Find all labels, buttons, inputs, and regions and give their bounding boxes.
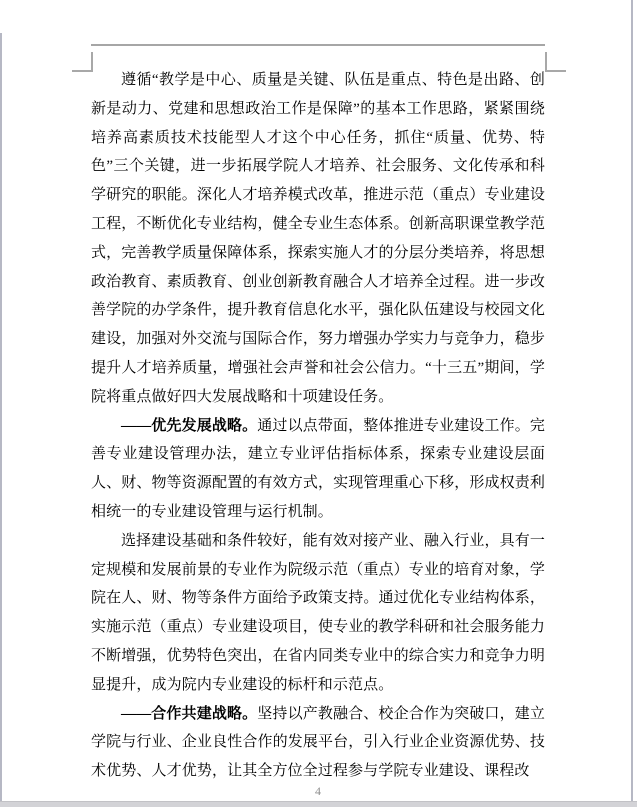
document-text-area[interactable]: 遵循“教学是中心、质量是关键、队伍是重点、特色是出路、创新是动力、党建和思想政治… <box>91 66 545 786</box>
paragraph: 遵循“教学是中心、质量是关键、队伍是重点、特色是出路、创新是动力、党建和思想政治… <box>91 66 545 412</box>
crop-mark-top-right <box>545 52 566 72</box>
document-page: 遵循“教学是中心、质量是关键、队伍是重点、特色是出路、创新是动力、党建和思想政治… <box>0 0 637 807</box>
paragraph: 选择建设基础和条件较好，能有效对接产业、融入行业，具有一定规模和发展前景的专业作… <box>91 527 545 700</box>
paragraph-text: 遵循“教学是中心、质量是关键、队伍是重点、特色是出路、创新是动力、党建和思想政治… <box>91 72 545 405</box>
paragraph: ——优先发展战略。通过以点带面，整体推进专业建设工作。完善专业建设管理办法，建立… <box>91 412 545 527</box>
crop-mark-top-left <box>72 52 93 72</box>
page-number: 4 <box>91 783 545 799</box>
paragraph-lead: ——优先发展战略。 <box>121 418 257 434</box>
bottom-page-gap <box>0 801 637 807</box>
text-area-top-rule <box>91 44 545 46</box>
page-right-edge <box>631 0 633 802</box>
paragraph-text: 选择建设基础和条件较好，能有效对接产业、融入行业，具有一定规模和发展前景的专业作… <box>91 533 545 693</box>
page-left-edge <box>0 33 2 802</box>
paragraph-lead: ——合作共建战略。 <box>121 706 257 722</box>
paragraph: ——合作共建战略。坚持以产教融合、校企合作为突破口，建立学院与行业、企业良性合作… <box>91 700 545 786</box>
